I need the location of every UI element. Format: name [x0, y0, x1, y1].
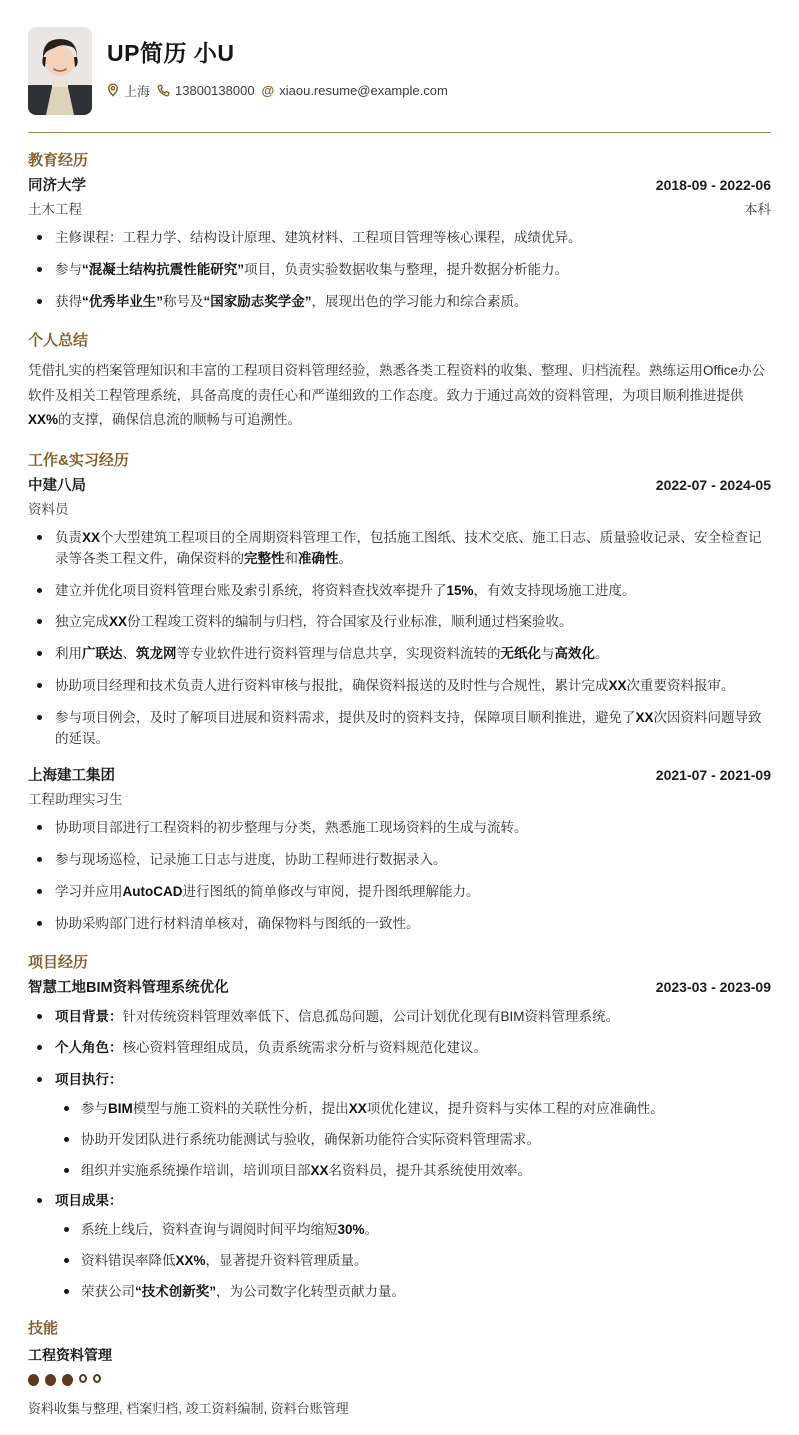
- bullet-item: 独立完成XX份工程竣工资料的编制与归档，符合国家及行业标准，顺利通过档案验收。: [28, 612, 771, 633]
- text-segment: 筑龙网: [136, 646, 177, 661]
- bullet-item: 协助采购部门进行材料清单核对，确保物料与图纸的一致性。: [28, 914, 771, 935]
- bullet-item: 协助开发团队进行系统功能测试与验收，确保新功能符合实际资料管理需求。: [55, 1130, 771, 1151]
- section-title: 个人总结: [28, 332, 771, 351]
- entry-title: 中建八局: [28, 474, 86, 495]
- text-segment: XX: [349, 1101, 367, 1116]
- bullet-text: 参与项目例会，及时了解项目进展和资料需求，提供及时的资料支持，保障项目顺利推进，…: [55, 710, 762, 746]
- text-segment: 的支撑，确保信息流的顺畅与可追溯性。: [58, 412, 301, 427]
- contact-location: 上海: [107, 81, 150, 100]
- entry-sub-row: 资料员: [28, 495, 771, 518]
- contact-row: 上海 13800138000 @ xiaou.resume@example.co…: [107, 81, 448, 100]
- bullet-text: 主修课程：工程力学、结构设计原理、建筑材料、工程项目管理等核心课程，成绩优异。: [55, 230, 582, 245]
- bullet-item: 协助项目经理和技术负责人进行资料审核与报批，确保资料报送的及时性与合规性，累计完…: [28, 676, 771, 697]
- text-segment: “优秀毕业生”: [82, 294, 163, 309]
- bullet-marker: [64, 1289, 69, 1294]
- text-segment: “技术创新奖”: [135, 1284, 216, 1299]
- bullet-text: 负责XX个大型建筑工程项目的全周期资料管理工作，包括施工图纸、技术交底、施工日志…: [55, 530, 762, 566]
- entry-header-row: 上海建工集团2021-07 - 2021-09: [28, 764, 771, 785]
- bullet-item: 参与“混凝土结构抗震性能研究”项目，负责实验数据收集与整理，提升数据分析能力。: [28, 260, 771, 281]
- bullet-marker: [64, 1106, 69, 1111]
- bullet-marker: [37, 651, 42, 656]
- bullet-marker: [64, 1137, 69, 1142]
- resume-body: 教育经历同济大学2018-09 - 2022-06土木工程本科主修课程：工程力学…: [28, 152, 771, 1417]
- skill-name: 工程资料管理: [28, 1345, 771, 1365]
- text-segment: 个人角色：: [55, 1040, 123, 1055]
- skill-rating: [28, 1374, 771, 1386]
- text-segment: ，展现出色的学习能力和综合素质。: [312, 294, 528, 309]
- bullet-marker: [37, 825, 42, 830]
- entry: 智慧工地BIM资料管理系统优化2023-03 - 2023-09项目背景：针对传…: [28, 976, 771, 1303]
- phone-icon: [157, 84, 170, 97]
- text-segment: 参与项目例会，及时了解项目进展和资料需求，提供及时的资料支持，保障项目顺利推进，…: [55, 710, 636, 725]
- text-segment: BIM: [108, 1101, 133, 1116]
- bullet-text: 获得“优秀毕业生”称号及“国家励志奖学金”，展现出色的学习能力和综合素质。: [55, 294, 528, 309]
- text-segment: 针对传统资料管理效率低下、信息孤岛问题，公司计划优化现有BIM资料管理系统。: [123, 1009, 620, 1024]
- text-segment: 进行图纸的简单修改与审阅，提升图纸理解能力。: [183, 884, 480, 899]
- entry-header-row: 同济大学2018-09 - 2022-06: [28, 174, 771, 195]
- section-title: 工作&实习经历: [28, 452, 771, 471]
- at-icon: @: [262, 84, 275, 97]
- text-segment: 获得: [55, 294, 82, 309]
- text-segment: 高效化: [555, 646, 596, 661]
- bullet-marker: [37, 715, 42, 720]
- rating-dot-filled: [45, 1374, 56, 1386]
- bullet-text: 协助项目部进行工程资料的初步整理与分类，熟悉施工现场资料的生成与流转。: [55, 820, 528, 835]
- rating-dot-empty: [93, 1374, 101, 1383]
- text-segment: 次重要资料报审。: [627, 678, 735, 693]
- entry-title: 上海建工集团: [28, 764, 115, 785]
- bullet-marker: [37, 1045, 42, 1050]
- text-segment: “混凝土结构抗震性能研究”: [82, 262, 244, 277]
- entry: 上海建工集团2021-07 - 2021-09工程助理实习生协助项目部进行工程资…: [28, 764, 771, 935]
- bullet-text: 建立并优化项目资料管理台账及索引系统，将资料查找效率提升了15%，有效支持现场施…: [55, 583, 636, 598]
- bullet-item: 获得“优秀毕业生”称号及“国家励志奖学金”，展现出色的学习能力和综合素质。: [28, 292, 771, 313]
- bullet-text: 参与现场巡检，记录施工日志与进度，协助工程师进行数据录入。: [55, 852, 447, 867]
- section-title: 项目经历: [28, 954, 771, 973]
- entry-degree: 本科: [744, 198, 771, 218]
- section-education: 教育经历同济大学2018-09 - 2022-06土木工程本科主修课程：工程力学…: [28, 152, 771, 313]
- text-segment: “国家励志奖学金”: [204, 294, 312, 309]
- entry-subtitle: 工程助理实习生: [28, 788, 123, 808]
- text-segment: XX: [109, 614, 127, 629]
- text-segment: 学习并应用: [55, 884, 123, 899]
- text-segment: 称号及: [163, 294, 204, 309]
- bullet-text: 组织并实施系统操作培训，培训项目部XX名资料员，提升其系统使用效率。: [81, 1163, 531, 1178]
- text-segment: 无纸化: [501, 646, 542, 661]
- entry-date: 2021-07 - 2021-09: [656, 767, 771, 783]
- bullet-marker: [37, 299, 42, 304]
- text-segment: 项目，负责实验数据收集与整理，提升数据分析能力。: [244, 262, 568, 277]
- text-segment: 主修课程：工程力学、结构设计原理、建筑材料、工程项目管理等核心课程，成绩优异。: [55, 230, 582, 245]
- location-text: 上海: [124, 81, 150, 100]
- bullet-text: 参与BIM模型与施工资料的关联性分析，提出XX项优化建议，提升资料与实体工程的对…: [81, 1101, 664, 1116]
- bullet-marker: [37, 889, 42, 894]
- bullet-marker: [64, 1227, 69, 1232]
- text-segment: 、: [123, 646, 137, 661]
- bullet-marker: [37, 857, 42, 862]
- bullet-text: 项目执行：: [55, 1072, 123, 1087]
- text-segment: 荣获公司: [81, 1284, 135, 1299]
- text-segment: 15%: [447, 583, 474, 598]
- text-segment: 。: [339, 551, 353, 566]
- rating-dot-filled: [28, 1374, 39, 1386]
- section-work: 工作&实习经历中建八局2022-07 - 2024-05资料员负责XX个大型建筑…: [28, 452, 771, 935]
- entry-sub-row: 工程助理实习生: [28, 785, 771, 808]
- bullet-text: 资料错误率降低XX%，显著提升资料管理质量。: [81, 1253, 368, 1268]
- bullet-marker: [37, 619, 42, 624]
- text-segment: 名资料员，提升其系统使用效率。: [329, 1163, 532, 1178]
- text-segment: 参与: [55, 262, 82, 277]
- entry-sub-row: 土木工程本科: [28, 195, 771, 218]
- bullet-item: 系统上线后，资料查询与调阅时间平均缩短30%。: [55, 1220, 771, 1241]
- text-segment: 30%: [338, 1222, 365, 1237]
- text-segment: ，为公司数字化转型贡献力量。: [216, 1284, 405, 1299]
- bullet-item: 协助项目部进行工程资料的初步整理与分类，熟悉施工现场资料的生成与流转。: [28, 818, 771, 839]
- text-segment: XX: [311, 1163, 329, 1178]
- avatar: [28, 27, 92, 115]
- bullet-item: 组织并实施系统操作培训，培训项目部XX名资料员，提升其系统使用效率。: [55, 1161, 771, 1182]
- bullet-text: 协助采购部门进行材料清单核对，确保物料与图纸的一致性。: [55, 916, 420, 931]
- text-segment: 。: [365, 1222, 379, 1237]
- bullet-item: 负责XX个大型建筑工程项目的全周期资料管理工作，包括施工图纸、技术交底、施工日志…: [28, 528, 771, 570]
- text-segment: 组织并实施系统操作培训，培训项目部: [81, 1163, 311, 1178]
- entry: 中建八局2022-07 - 2024-05资料员负责XX个大型建筑工程项目的全周…: [28, 474, 771, 750]
- entry-subtitle: 土木工程: [28, 198, 82, 218]
- section-title: 技能: [28, 1320, 771, 1339]
- email-text: xiaou.resume@example.com: [279, 83, 448, 98]
- rating-dot-empty: [79, 1374, 87, 1383]
- bullet-list: 系统上线后，资料查询与调阅时间平均缩短30%。资料错误率降低XX%，显著提升资料…: [55, 1220, 771, 1303]
- bullet-text: 个人角色：核心资料管理组成员，负责系统需求分析与资料规范化建议。: [55, 1040, 487, 1055]
- bullet-text: 学习并应用AutoCAD进行图纸的简单修改与审阅，提升图纸理解能力。: [55, 884, 480, 899]
- text-segment: 核心资料管理组成员，负责系统需求分析与资料规范化建议。: [123, 1040, 488, 1055]
- entry-title: 智慧工地BIM资料管理系统优化: [28, 976, 229, 997]
- section-title: 教育经历: [28, 152, 771, 171]
- bullet-item: 参与BIM模型与施工资料的关联性分析，提出XX项优化建议，提升资料与实体工程的对…: [55, 1099, 771, 1120]
- text-segment: 参与: [81, 1101, 108, 1116]
- bullet-text: 参与“混凝土结构抗震性能研究”项目，负责实验数据收集与整理，提升数据分析能力。: [55, 262, 568, 277]
- bullet-item: 参与项目例会，及时了解项目进展和资料需求，提供及时的资料支持，保障项目顺利推进，…: [28, 708, 771, 750]
- rating-dot-filled: [62, 1374, 73, 1386]
- avatar-illustration: [28, 27, 92, 115]
- text-segment: 项优化建议，提升资料与实体工程的对应准确性。: [367, 1101, 664, 1116]
- bullet-text: 系统上线后，资料查询与调阅时间平均缩短30%。: [81, 1222, 378, 1237]
- text-segment: 和: [285, 551, 299, 566]
- entry-subtitle: 资料员: [28, 498, 69, 518]
- bullet-item: 项目背景：针对传统资料管理效率低下、信息孤岛问题，公司计划优化现有BIM资料管理…: [28, 1007, 771, 1028]
- bullet-marker: [37, 1077, 42, 1082]
- text-segment: 个大型建筑工程项目的全周期资料管理工作，包括施工图纸、技术交底、施工日志、质量验…: [55, 530, 762, 566]
- bullet-list: 负责XX个大型建筑工程项目的全周期资料管理工作，包括施工图纸、技术交底、施工日志…: [28, 528, 771, 750]
- contact-phone: 13800138000: [157, 83, 255, 98]
- bullet-marker: [37, 535, 42, 540]
- bullet-marker: [37, 267, 42, 272]
- text-segment: 凭借扎实的档案管理知识和丰富的工程项目资料管理经验，熟悉各类工程资料的收集、整理…: [28, 363, 765, 403]
- text-segment: XX: [609, 678, 627, 693]
- bullet-marker: [64, 1258, 69, 1263]
- text-segment: 资料错误率降低: [81, 1253, 176, 1268]
- text-segment: XX%: [28, 412, 58, 427]
- text-segment: 与: [541, 646, 555, 661]
- bullet-text: 独立完成XX份工程竣工资料的编制与归档，符合国家及行业标准，顺利通过档案验收。: [55, 614, 573, 629]
- bullet-text: 项目背景：针对传统资料管理效率低下、信息孤岛问题，公司计划优化现有BIM资料管理…: [55, 1009, 619, 1024]
- entry-date: 2023-03 - 2023-09: [656, 979, 771, 995]
- location-pin-icon: [107, 83, 119, 97]
- bullet-text: 协助项目经理和技术负责人进行资料审核与报批，确保资料报送的及时性与合规性，累计完…: [55, 678, 735, 693]
- bullet-marker: [37, 1014, 42, 1019]
- entry-date: 2022-07 - 2024-05: [656, 477, 771, 493]
- bullet-text: 协助开发团队进行系统功能测试与验收，确保新功能符合实际资料管理需求。: [81, 1132, 540, 1147]
- text-segment: 负责: [55, 530, 82, 545]
- summary-paragraph: 凭借扎实的档案管理知识和丰富的工程项目资料管理经验，熟悉各类工程资料的收集、整理…: [28, 359, 771, 433]
- text-segment: XX%: [176, 1253, 206, 1268]
- bullet-text: 荣获公司“技术创新奖”，为公司数字化转型贡献力量。: [81, 1284, 405, 1299]
- phone-text: 13800138000: [175, 83, 255, 98]
- section-projects: 项目经历智慧工地BIM资料管理系统优化2023-03 - 2023-09项目背景…: [28, 954, 771, 1303]
- header-divider: [28, 132, 771, 133]
- entry-date: 2018-09 - 2022-06: [656, 177, 771, 193]
- bullet-list: 参与BIM模型与施工资料的关联性分析，提出XX项优化建议，提升资料与实体工程的对…: [55, 1099, 771, 1182]
- text-segment: 完整性: [244, 551, 285, 566]
- bullet-item: 利用广联达、筑龙网等专业软件进行资料管理与信息共享，实现资料流转的无纸化与高效化…: [28, 644, 771, 665]
- bullet-item: 资料错误率降低XX%，显著提升资料管理质量。: [55, 1251, 771, 1272]
- bullet-item: 荣获公司“技术创新奖”，为公司数字化转型贡献力量。: [55, 1282, 771, 1303]
- bullet-item: 项目执行：参与BIM模型与施工资料的关联性分析，提出XX项优化建议，提升资料与实…: [28, 1070, 771, 1182]
- text-segment: 项目成果：: [55, 1193, 123, 1208]
- text-segment: 系统上线后，资料查询与调阅时间平均缩短: [81, 1222, 338, 1237]
- text-segment: XX: [82, 530, 100, 545]
- text-segment: ，有效支持现场施工进度。: [474, 583, 636, 598]
- entry: 同济大学2018-09 - 2022-06土木工程本科主修课程：工程力学、结构设…: [28, 174, 771, 313]
- skill-keywords: 资料收集与整理, 档案归档, 竣工资料编制, 资料台账管理: [28, 1398, 771, 1417]
- bullet-item: 个人角色：核心资料管理组成员，负责系统需求分析与资料规范化建议。: [28, 1038, 771, 1059]
- bullet-text: 项目成果：: [55, 1193, 123, 1208]
- contact-email: @ xiaou.resume@example.com: [262, 83, 448, 98]
- text-segment: 建立并优化项目资料管理台账及索引系统，将资料查找效率提升了: [55, 583, 447, 598]
- bullet-marker: [37, 683, 42, 688]
- entry-title: 同济大学: [28, 174, 86, 195]
- page-title: UP简历 小U: [107, 40, 448, 68]
- bullet-list: 主修课程：工程力学、结构设计原理、建筑材料、工程项目管理等核心课程，成绩优异。参…: [28, 228, 771, 313]
- bullet-list: 项目背景：针对传统资料管理效率低下、信息孤岛问题，公司计划优化现有BIM资料管理…: [28, 1007, 771, 1303]
- bullet-item: 建立并优化项目资料管理台账及索引系统，将资料查找效率提升了15%，有效支持现场施…: [28, 581, 771, 602]
- entry-header-row: 中建八局2022-07 - 2024-05: [28, 474, 771, 495]
- text-segment: 。: [595, 646, 609, 661]
- text-segment: 参与现场巡检，记录施工日志与进度，协助工程师进行数据录入。: [55, 852, 447, 867]
- bullet-item: 项目成果：系统上线后，资料查询与调阅时间平均缩短30%。资料错误率降低XX%，显…: [28, 1191, 771, 1303]
- section-skills: 技能工程资料管理资料收集与整理, 档案归档, 竣工资料编制, 资料台账管理: [28, 1320, 771, 1418]
- text-segment: 准确性: [298, 551, 339, 566]
- bullet-marker: [37, 1198, 42, 1203]
- bullet-list: 协助项目部进行工程资料的初步整理与分类，熟悉施工现场资料的生成与流转。参与现场巡…: [28, 818, 771, 935]
- text-segment: 协助项目经理和技术负责人进行资料审核与报批，确保资料报送的及时性与合规性，累计完…: [55, 678, 609, 693]
- text-segment: 项目背景：: [55, 1009, 123, 1024]
- text-segment: 协助项目部进行工程资料的初步整理与分类，熟悉施工现场资料的生成与流转。: [55, 820, 528, 835]
- text-segment: 广联达: [82, 646, 123, 661]
- text-segment: ，显著提升资料管理质量。: [206, 1253, 368, 1268]
- text-segment: 独立完成: [55, 614, 109, 629]
- text-segment: 模型与施工资料的关联性分析，提出: [133, 1101, 349, 1116]
- resume-header: UP简历 小U 上海: [28, 27, 771, 115]
- resume-page: UP简历 小U 上海: [0, 0, 799, 1435]
- text-segment: 协助采购部门进行材料清单核对，确保物料与图纸的一致性。: [55, 916, 420, 931]
- text-segment: AutoCAD: [123, 884, 183, 899]
- header-text: UP简历 小U 上海: [107, 27, 448, 100]
- bullet-text: 利用广联达、筑龙网等专业软件进行资料管理与信息共享，实现资料流转的无纸化与高效化…: [55, 646, 609, 661]
- bullet-item: 参与现场巡检，记录施工日志与进度，协助工程师进行数据录入。: [28, 850, 771, 871]
- bullet-item: 主修课程：工程力学、结构设计原理、建筑材料、工程项目管理等核心课程，成绩优异。: [28, 228, 771, 249]
- bullet-marker: [37, 921, 42, 926]
- text-segment: XX: [636, 710, 654, 725]
- entry-header-row: 智慧工地BIM资料管理系统优化2023-03 - 2023-09: [28, 976, 771, 997]
- bullet-marker: [37, 235, 42, 240]
- text-segment: 协助开发团队进行系统功能测试与验收，确保新功能符合实际资料管理需求。: [81, 1132, 540, 1147]
- text-segment: 等专业软件进行资料管理与信息共享，实现资料流转的: [177, 646, 501, 661]
- section-summary: 个人总结凭借扎实的档案管理知识和丰富的工程项目资料管理经验，熟悉各类工程资料的收…: [28, 332, 771, 433]
- text-segment: 利用: [55, 646, 82, 661]
- bullet-marker: [37, 588, 42, 593]
- text-segment: 项目执行：: [55, 1072, 123, 1087]
- text-segment: 份工程竣工资料的编制与归档，符合国家及行业标准，顺利通过档案验收。: [127, 614, 573, 629]
- bullet-marker: [64, 1168, 69, 1173]
- bullet-item: 学习并应用AutoCAD进行图纸的简单修改与审阅，提升图纸理解能力。: [28, 882, 771, 903]
